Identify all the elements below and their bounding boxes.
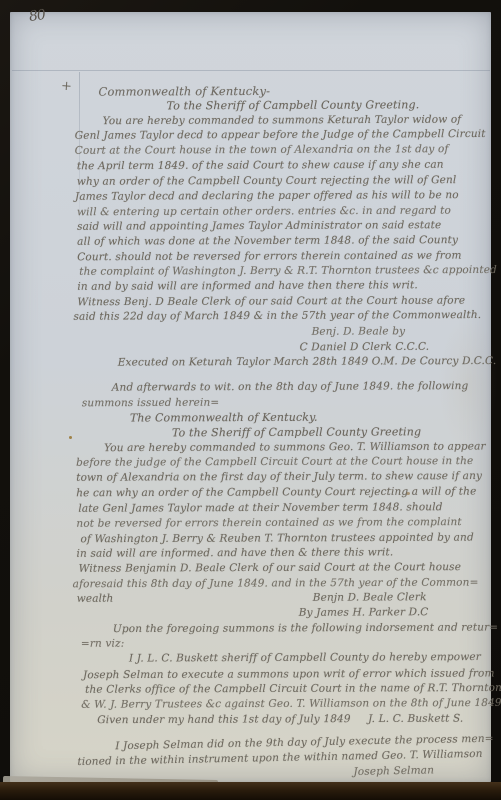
manuscript-line-text: before the judge of the Campbell Circuit… [76,455,473,469]
manuscript-line-text: =rn viz: [81,638,125,650]
manuscript-line-text: will & entering up certain other orders.… [77,204,451,218]
page-number: 80 [28,7,46,25]
manuscript-line-text: By James H. Parker D.C [299,606,429,619]
manuscript-line-text: Upon the foregoing summons is the follow… [113,622,498,636]
manuscript-line-text: all of which was done at the November te… [77,234,458,248]
scanned-ledger-page: 80 + Commonwealth of Kentucky-To the She… [0,0,501,800]
manuscript-line-text: & W. J. Berry Trustees &c against Geo. T… [81,697,501,711]
manuscript-line-text: in said will are informed. and have then… [76,546,393,559]
manuscript-line-text: of Washington J. Berry & Reuben T. Thorn… [80,531,473,545]
manuscript-line-text: Court. should not be reversed for errors… [77,250,461,264]
manuscript-line-text: And afterwards to wit. on the 8th day of… [112,380,469,394]
manuscript-line-text: Joseph Selman to execute a summons upon … [83,667,495,681]
manuscript-line-text: Genl James Taylor decd to appear before … [75,128,486,142]
manuscript-line-text: Given under my hand this 1st day of July… [97,712,463,726]
manuscript-line-text: To the Sheriff of Campbell County Greeti… [167,98,420,112]
manuscript-line-text: To the Sheriff of Campbell County Greeti… [172,425,421,439]
manuscript-line-text: he can why an order of the Campbell Coun… [76,486,476,500]
manuscript-line-text: the April term 1849. of the said Court t… [77,159,444,173]
manuscript-line-text: aforesaid this 8th day of June 1849. and… [73,577,479,591]
manuscript-line-text: late Genl James Taylor made at their Nov… [78,501,442,515]
manuscript-line-text: Executed on Keturah Taylor March 28th 18… [118,355,497,369]
manuscript-line-text: You are hereby commanded to summons Ketu… [103,114,462,128]
manuscript-line: Given under my hand this 1st day of July… [1,712,501,729]
manuscript-line-text: C Daniel D Clerk C.C.C. [300,340,430,353]
manuscript-line-text: the complaint of Washington J. Berry & R… [79,264,497,278]
manuscript-text: Commonwealth of Kentucky-To the Sheriff … [0,83,501,786]
manuscript-line-text: not be reversed for errors therein conta… [76,516,461,530]
manuscript-line-text: Commonwealth of Kentucky- [98,84,270,99]
manuscript-line-text: the Clerks office of the Campbell Circui… [85,682,501,696]
manuscript-line: Executed on Keturah Taylor March 28th 18… [0,355,501,372]
manuscript-line-text: summons issued herein= [82,397,220,410]
manuscript-line-text: I J. L. C. Buskett sheriff of Campbell C… [129,651,481,665]
manuscript-line-text: Witness Benj. D Beale Clerk of our said … [77,295,465,309]
manuscript-line-text: Witness Benjamin D. Beale Clerk of our s… [79,561,462,575]
manuscript-line-text: in and by said will are informed and hav… [77,279,418,292]
manuscript-line-text: said this 22d day of March 1849 & in the… [73,309,481,323]
manuscript-line-text: You are hereby commanded to summons Geo.… [104,441,486,455]
manuscript-line-text: said will and appointing James Taylor Ad… [77,219,441,233]
manuscript-line-text: The Commonwealth of Kentucky. [130,411,318,425]
manuscript-line-text: Benj. D. Beale by [312,325,406,337]
manuscript-line-text: James Taylor decd and declaring the pape… [75,189,459,203]
manuscript-line-text: Benjn D. Beale Clerk [313,591,427,603]
manuscript-line-text: Joseph Selman [353,764,434,778]
manuscript-line-text: why an order of the Campbell County Cour… [77,174,457,188]
margin-rule-horizontal [12,70,490,71]
binding-frame-bottom [0,782,501,800]
manuscript-line-text: Court at the Court house in the town of … [75,144,449,158]
manuscript-line-text: wealth [77,593,114,605]
manuscript-line-text: town of Alexandria on the first day of t… [76,470,482,484]
